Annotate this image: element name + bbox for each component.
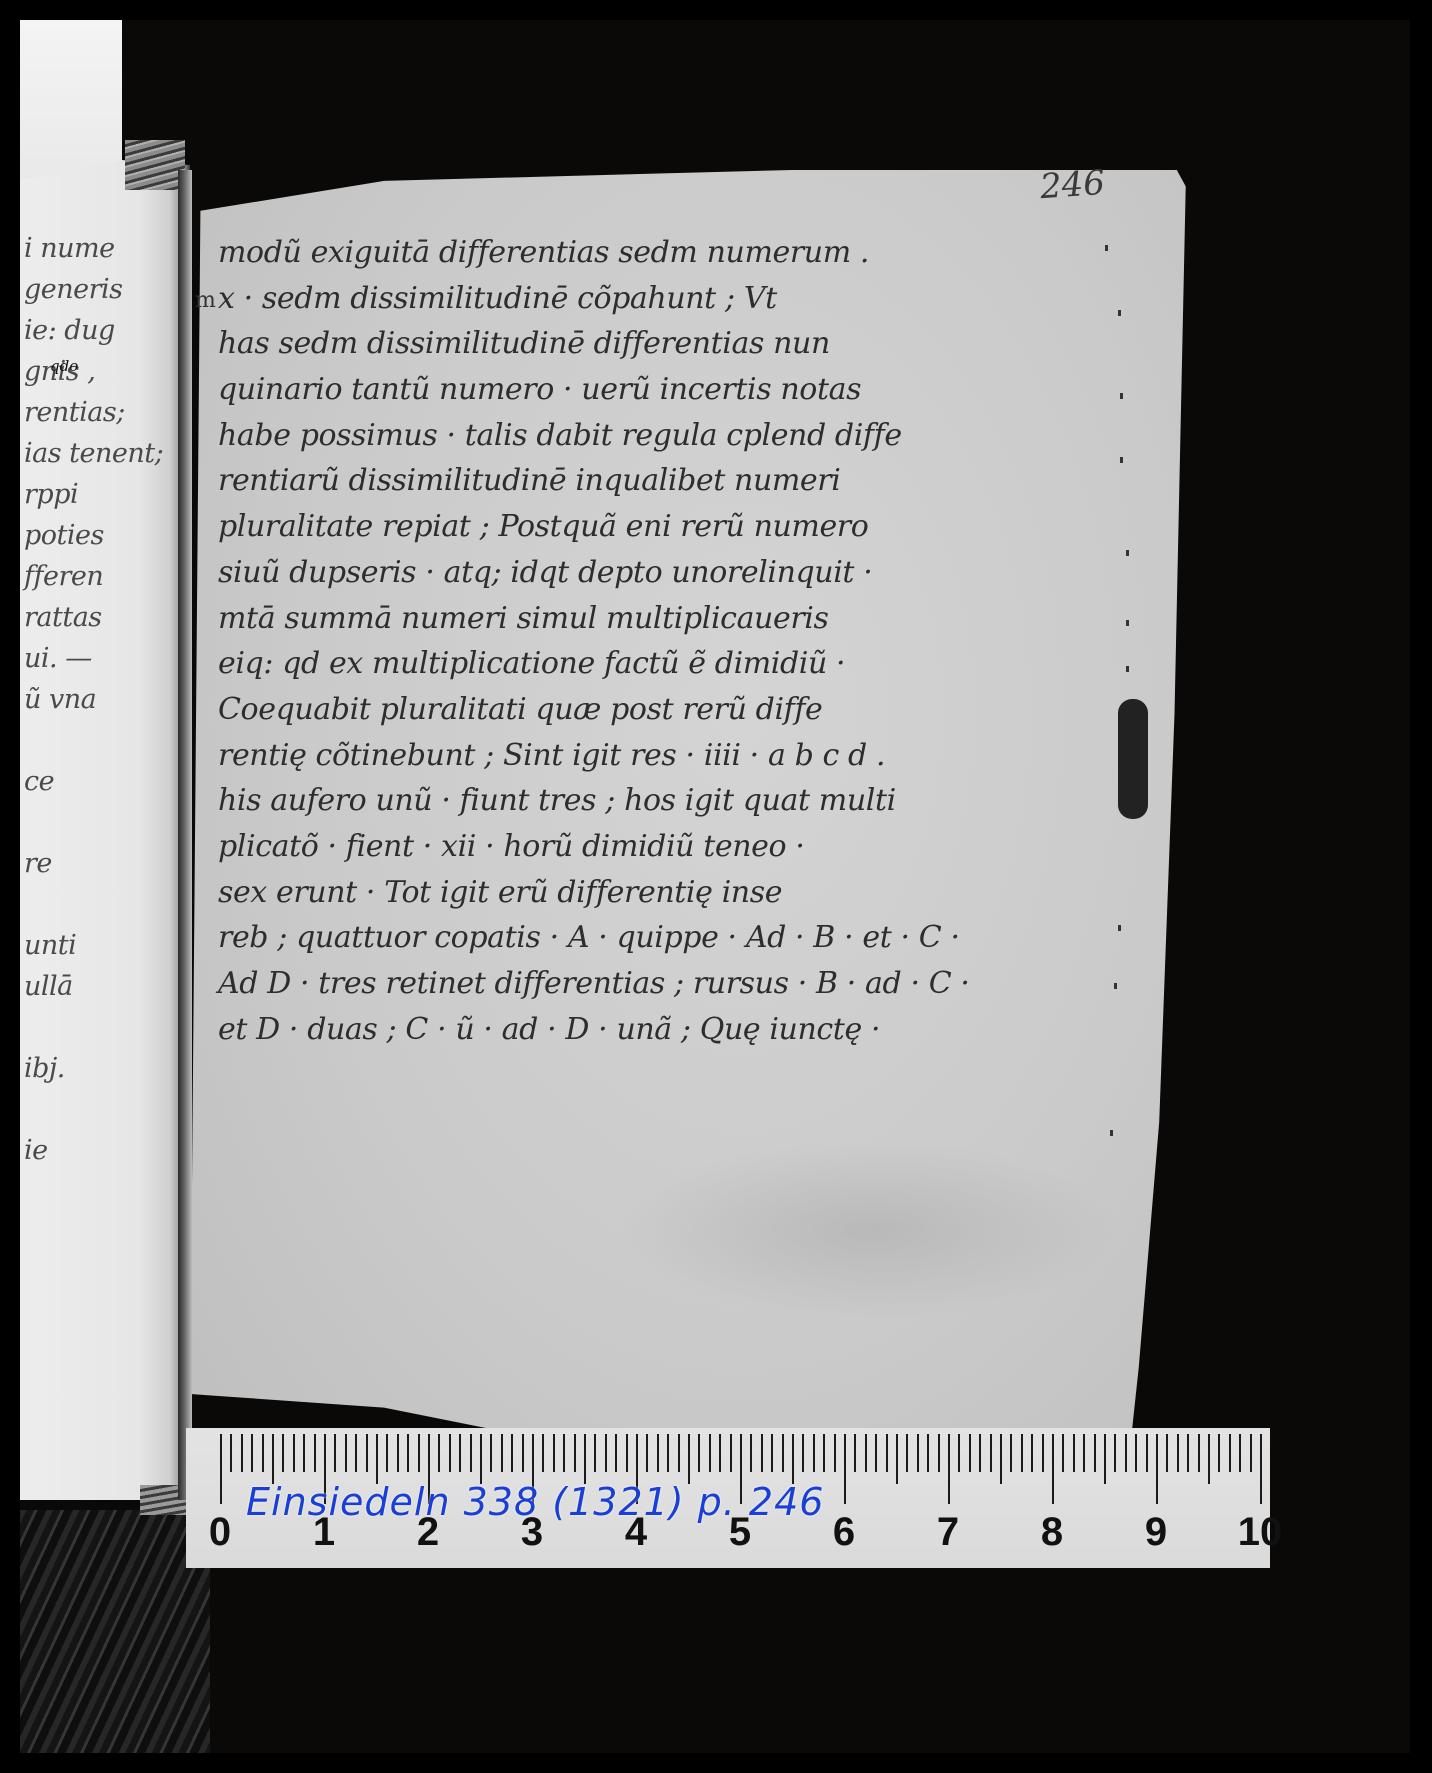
manuscript-line: eiq: qd ex multiplicatione factũ ẽ dimid…	[218, 649, 1178, 695]
ruler-tick	[501, 1434, 503, 1472]
ruler-tick	[1208, 1434, 1210, 1484]
interlinear-gloss: qdo	[50, 357, 78, 375]
ruler-tick	[334, 1434, 336, 1472]
ruler-tick	[1062, 1434, 1064, 1472]
manuscript-line: his aufero unũ · fiunt tres ; hos igit q…	[218, 786, 1178, 832]
ruler-tick	[646, 1434, 648, 1472]
ruler-tick	[438, 1434, 440, 1472]
left-page-line: poties	[24, 522, 174, 563]
manuscript-text-block: modũ exiguitā differentias sedm numerum …	[218, 238, 1178, 1060]
left-page-line: i nume	[24, 235, 174, 276]
folio-number: 246	[1039, 163, 1107, 207]
ruler-tick	[542, 1434, 544, 1472]
ruler-tick	[563, 1434, 565, 1472]
ruler-tick	[1125, 1434, 1127, 1472]
ruler-tick	[241, 1434, 243, 1472]
ruler-tick	[553, 1434, 555, 1472]
manuscript-line: mtā summā numeri simul multiplicaueris	[218, 604, 1178, 650]
ruler-tick	[230, 1434, 232, 1472]
ruler-tick	[594, 1434, 596, 1472]
ruler-tick	[813, 1434, 815, 1472]
left-page-line: ui. —	[24, 645, 174, 686]
left-page-line: ũ vna	[24, 686, 174, 727]
left-page-line: ie: dug	[24, 317, 174, 358]
ruler-tick	[709, 1434, 711, 1472]
ruler-tick	[1250, 1434, 1252, 1472]
ruler-tick	[574, 1434, 576, 1472]
ruler-tick	[355, 1434, 357, 1472]
manuscript-line: rentię cõtinebunt ; Sint igit res · iiii…	[218, 741, 1178, 787]
ruler-tick	[397, 1434, 399, 1472]
ruler-tick	[1187, 1434, 1189, 1472]
left-page-line	[24, 891, 174, 932]
ruler-tick	[605, 1434, 607, 1472]
manuscript-line: quinario tantũ numero · uerũ incertis no…	[218, 375, 1178, 421]
ruler-tick	[626, 1434, 628, 1472]
ruler-tick	[1083, 1434, 1085, 1472]
ruler-tick	[220, 1434, 222, 1504]
ruler-tick	[771, 1434, 773, 1472]
ruler-tick	[303, 1434, 305, 1472]
ruler-tick	[698, 1434, 700, 1472]
ruler-tick	[293, 1434, 295, 1472]
ruler-tick	[470, 1434, 472, 1472]
ruler-tick	[615, 1434, 617, 1472]
ruler-number: 9	[1145, 1510, 1167, 1555]
ruler-tick	[948, 1434, 950, 1504]
left-page-line: rattas	[24, 604, 174, 645]
ruler-tick	[459, 1434, 461, 1472]
ruler-tick	[854, 1434, 856, 1472]
ruler-tick	[480, 1434, 482, 1484]
ruler-tick	[1198, 1434, 1200, 1472]
ruler-tick	[844, 1434, 846, 1504]
ruler-tick	[1260, 1434, 1262, 1504]
ruler-tick	[823, 1434, 825, 1472]
book-gutter	[178, 170, 192, 1500]
manuscript-line: sex erunt · Tot igit erũ differentię ins…	[218, 878, 1178, 924]
ruler-tick	[1000, 1434, 1002, 1484]
ruler-number: 10	[1238, 1510, 1283, 1555]
ruler-tick	[1146, 1434, 1148, 1472]
ruler-tick	[1166, 1434, 1168, 1472]
left-page-line: ibj.	[24, 1055, 174, 1096]
ruler-tick	[272, 1434, 274, 1484]
left-page-line: generis	[24, 276, 174, 317]
spine-binding-top	[125, 140, 185, 190]
ruler-tick	[345, 1434, 347, 1472]
ruler-tick	[522, 1434, 524, 1472]
ruler-tick	[719, 1434, 721, 1472]
left-page-line: ias tenent;	[24, 440, 174, 481]
ruler-tick	[802, 1434, 804, 1472]
manuscript-line: rentiarũ dissimilitudinē inqualibet nume…	[218, 466, 1178, 512]
ruler-tick	[251, 1434, 253, 1472]
ruler-tick	[1094, 1434, 1096, 1472]
ruler-tick	[1114, 1434, 1116, 1472]
manuscript-photograph: i numegenerisie: duggnis ,rentias;ias te…	[20, 20, 1410, 1753]
measurement-ruler: 012345678910 Einsiedeln 338 (1321) p. 24…	[186, 1428, 1270, 1568]
left-page-line	[24, 1096, 174, 1137]
left-page-line: re	[24, 850, 174, 891]
manuscript-line: reb ; quattuor copatis · A · quippe · Ad…	[218, 923, 1178, 969]
ruler-tick	[792, 1434, 794, 1484]
ruler-tick	[511, 1434, 513, 1472]
ruler-tick	[834, 1434, 836, 1472]
background-texture	[20, 1510, 210, 1753]
ruler-tick	[678, 1434, 680, 1472]
ruler-tick	[782, 1434, 784, 1472]
manuscript-line: Coequabit pluralitati quæ post rerũ diff…	[218, 695, 1178, 741]
ruler-tick	[1073, 1434, 1075, 1472]
water-stain	[620, 1140, 1120, 1320]
ruler-tick	[1156, 1434, 1158, 1504]
left-page-line: gnis ,	[24, 358, 174, 399]
ruler-tick	[958, 1434, 960, 1472]
ruler-tick	[407, 1434, 409, 1472]
ruler-tick	[1052, 1434, 1054, 1504]
left-page-line: fferen	[24, 563, 174, 604]
ruler-number: 8	[1041, 1510, 1063, 1555]
ruler-tick	[761, 1434, 763, 1472]
ruler-tick	[584, 1434, 586, 1484]
background-paper	[20, 20, 122, 180]
ruler-tick	[667, 1434, 669, 1472]
ruler-tick	[875, 1434, 877, 1472]
left-page-line: unti	[24, 932, 174, 973]
ruler-tick	[366, 1434, 368, 1472]
manuscript-line: siuũ dupseris · atq; idqt depto unorelin…	[218, 558, 1178, 604]
ruler-tick	[1229, 1434, 1231, 1472]
ruler-tick	[314, 1434, 316, 1472]
ruler-tick	[657, 1434, 659, 1472]
manuscript-line: modũ exiguitā differentias sedm numerum …	[218, 238, 1178, 284]
manuscript-line: plicatõ · fient · xii · horũ dimidiũ ten…	[218, 832, 1178, 878]
manuscript-line: et D · duas ; C · ũ · ad · D · unã ; Quę…	[218, 1015, 1178, 1061]
shelfmark-label: Einsiedeln 338 (1321) p. 246	[246, 1480, 824, 1524]
ruler-number: 7	[937, 1510, 959, 1555]
left-page-line	[24, 809, 174, 850]
manuscript-line: x · sedm dissimilitudinē cõpahunt ; Vt	[218, 284, 1178, 330]
ruler-tick	[490, 1434, 492, 1472]
ruler-tick	[262, 1434, 264, 1472]
left-page-line: ullā	[24, 973, 174, 1014]
ruler-tick	[418, 1434, 420, 1472]
left-page-line: ie	[24, 1137, 174, 1178]
ruler-number: 0	[209, 1510, 231, 1555]
ruler-tick	[865, 1434, 867, 1472]
ruler-tick	[386, 1434, 388, 1472]
margin-mark: m	[195, 288, 216, 313]
ruler-tick	[990, 1434, 992, 1472]
ruler-tick	[376, 1434, 378, 1484]
ruler-tick	[1239, 1434, 1241, 1472]
ruler-number: 6	[833, 1510, 855, 1555]
ruler-tick	[688, 1434, 690, 1484]
ruler-tick	[750, 1434, 752, 1472]
ruler-tick	[886, 1434, 888, 1472]
manuscript-line: pluralitate repiat ; Postquã eni rerũ nu…	[218, 512, 1178, 558]
left-page-text: i numegenerisie: duggnis ,rentias;ias te…	[24, 235, 174, 1178]
manuscript-line: Ad D · tres retinet differentias ; rursu…	[218, 969, 1178, 1015]
manuscript-line: has sedm dissimilitudinē differentias nu…	[218, 329, 1178, 375]
ruler-tick	[449, 1434, 451, 1472]
ruler-tick	[927, 1434, 929, 1472]
left-page-line	[24, 727, 174, 768]
ruler-tick	[906, 1434, 908, 1472]
ruler-tick	[1042, 1434, 1044, 1472]
ruler-tick	[917, 1434, 919, 1472]
ruler-tick	[1031, 1434, 1033, 1472]
ruler-tick	[896, 1434, 898, 1484]
ruler-tick	[1104, 1434, 1106, 1484]
ruler-tick	[969, 1434, 971, 1472]
left-page-line	[24, 1014, 174, 1055]
ruler-tick	[1021, 1434, 1023, 1472]
left-page-line: ce	[24, 768, 174, 809]
manuscript-line: habe possimus · talis dabit regula cplen…	[218, 421, 1178, 467]
ruler-tick	[1135, 1434, 1137, 1472]
ruler-tick	[1177, 1434, 1179, 1472]
ruler-tick	[730, 1434, 732, 1472]
ruler-tick	[979, 1434, 981, 1472]
left-page-line: rentias;	[24, 399, 174, 440]
left-page-line: rppi	[24, 481, 174, 522]
ruler-tick	[282, 1434, 284, 1472]
ruler-tick	[1218, 1434, 1220, 1472]
ruler-tick	[938, 1434, 940, 1472]
ruler-tick	[1010, 1434, 1012, 1472]
